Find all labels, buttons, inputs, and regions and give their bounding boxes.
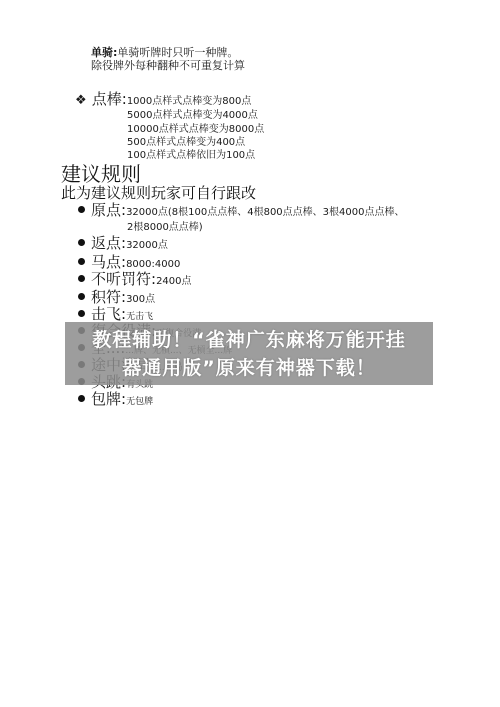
diamond-bullet-icon: ❖ bbox=[75, 93, 87, 108]
rule-value: 2400点 bbox=[156, 276, 191, 287]
dianbang-line-1: 5000点样式点棒变为4000点 bbox=[127, 106, 258, 121]
rule-value-cont: 2根8000点点棒) bbox=[127, 218, 203, 233]
dianbang-label: 点棒: bbox=[92, 90, 127, 108]
bullet-icon bbox=[78, 293, 85, 300]
document-page: 单骑:单骑听牌时只听一种牌。 除役牌外每种翻种不可重复计算 ❖ 点棒:1000点… bbox=[0, 0, 500, 707]
bullet-icon bbox=[78, 258, 85, 265]
bullet-icon bbox=[78, 239, 85, 246]
bullet-icon bbox=[78, 310, 85, 317]
rule-item: 包牌:无包牌 bbox=[91, 388, 153, 409]
rule-label: 返点: bbox=[91, 234, 126, 252]
rule-value: 32000点 bbox=[126, 240, 168, 251]
overlay-banner-text: 教程辅助！“雀神广东麻将万能开挂 器通用版”原来有神器下载！ bbox=[65, 322, 433, 382]
bullet-icon bbox=[78, 275, 85, 282]
rule-label: 包牌: bbox=[91, 390, 126, 408]
banner-line-2: 器通用版”原来有神器下载！ bbox=[65, 354, 433, 382]
rule-item: 原点:32000点(8根100点点棒、4根800点点棒、3根4000点点棒、 bbox=[91, 199, 405, 220]
bullet-icon bbox=[78, 206, 85, 213]
rule-value: 32000点(8根100点点棒、4根800点点棒、3根4000点点棒、 bbox=[126, 207, 404, 218]
rule-label: 原点: bbox=[91, 201, 126, 219]
rule-value: 无包牌 bbox=[126, 397, 153, 407]
dianbang-line-4: 100点样式点棒依旧为100点 bbox=[127, 146, 255, 161]
bullet-icon bbox=[78, 395, 85, 402]
banner-line-1: 教程辅助！“雀神广东麻将万能开挂 bbox=[65, 326, 433, 354]
danqi-text2: 除役牌外每种翻种不可重复计算 bbox=[91, 57, 245, 73]
rule-item: 返点:32000点 bbox=[91, 232, 168, 253]
